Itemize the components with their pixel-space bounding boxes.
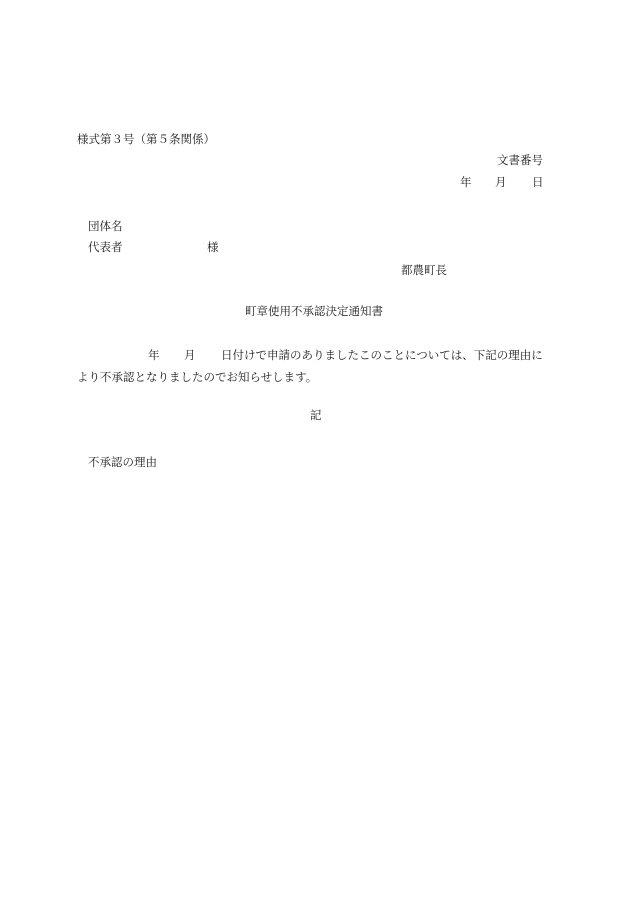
- ki-heading: 記: [310, 408, 322, 422]
- date-month-label: 月: [495, 175, 507, 189]
- date-year-label: 年: [460, 175, 472, 189]
- reason-label: 不承認の理由: [88, 455, 157, 469]
- body-year-label: 年: [148, 348, 160, 362]
- date-day-label: 日: [532, 175, 544, 189]
- honorific-label: 様: [207, 240, 219, 254]
- body-line-2: より不承認となりましたのでお知らせします。: [77, 370, 317, 384]
- body-line-1: 日付けで申請のありましたこのことについては、下記の理由に: [221, 348, 543, 362]
- document-number-label: 文書番号: [497, 153, 543, 167]
- document-page: 様式第３号（第５条関係） 文書番号 年 月 日 団体名 代表者 様 都農町長 町…: [0, 0, 630, 903]
- representative-label: 代表者: [88, 240, 123, 254]
- sender-name: 都農町長: [401, 263, 447, 277]
- organization-label: 団体名: [88, 219, 123, 233]
- form-number-label: 様式第３号（第５条関係）: [77, 132, 215, 146]
- body-month-label: 月: [184, 348, 196, 362]
- document-title: 町章使用不承認決定通知書: [245, 304, 383, 318]
